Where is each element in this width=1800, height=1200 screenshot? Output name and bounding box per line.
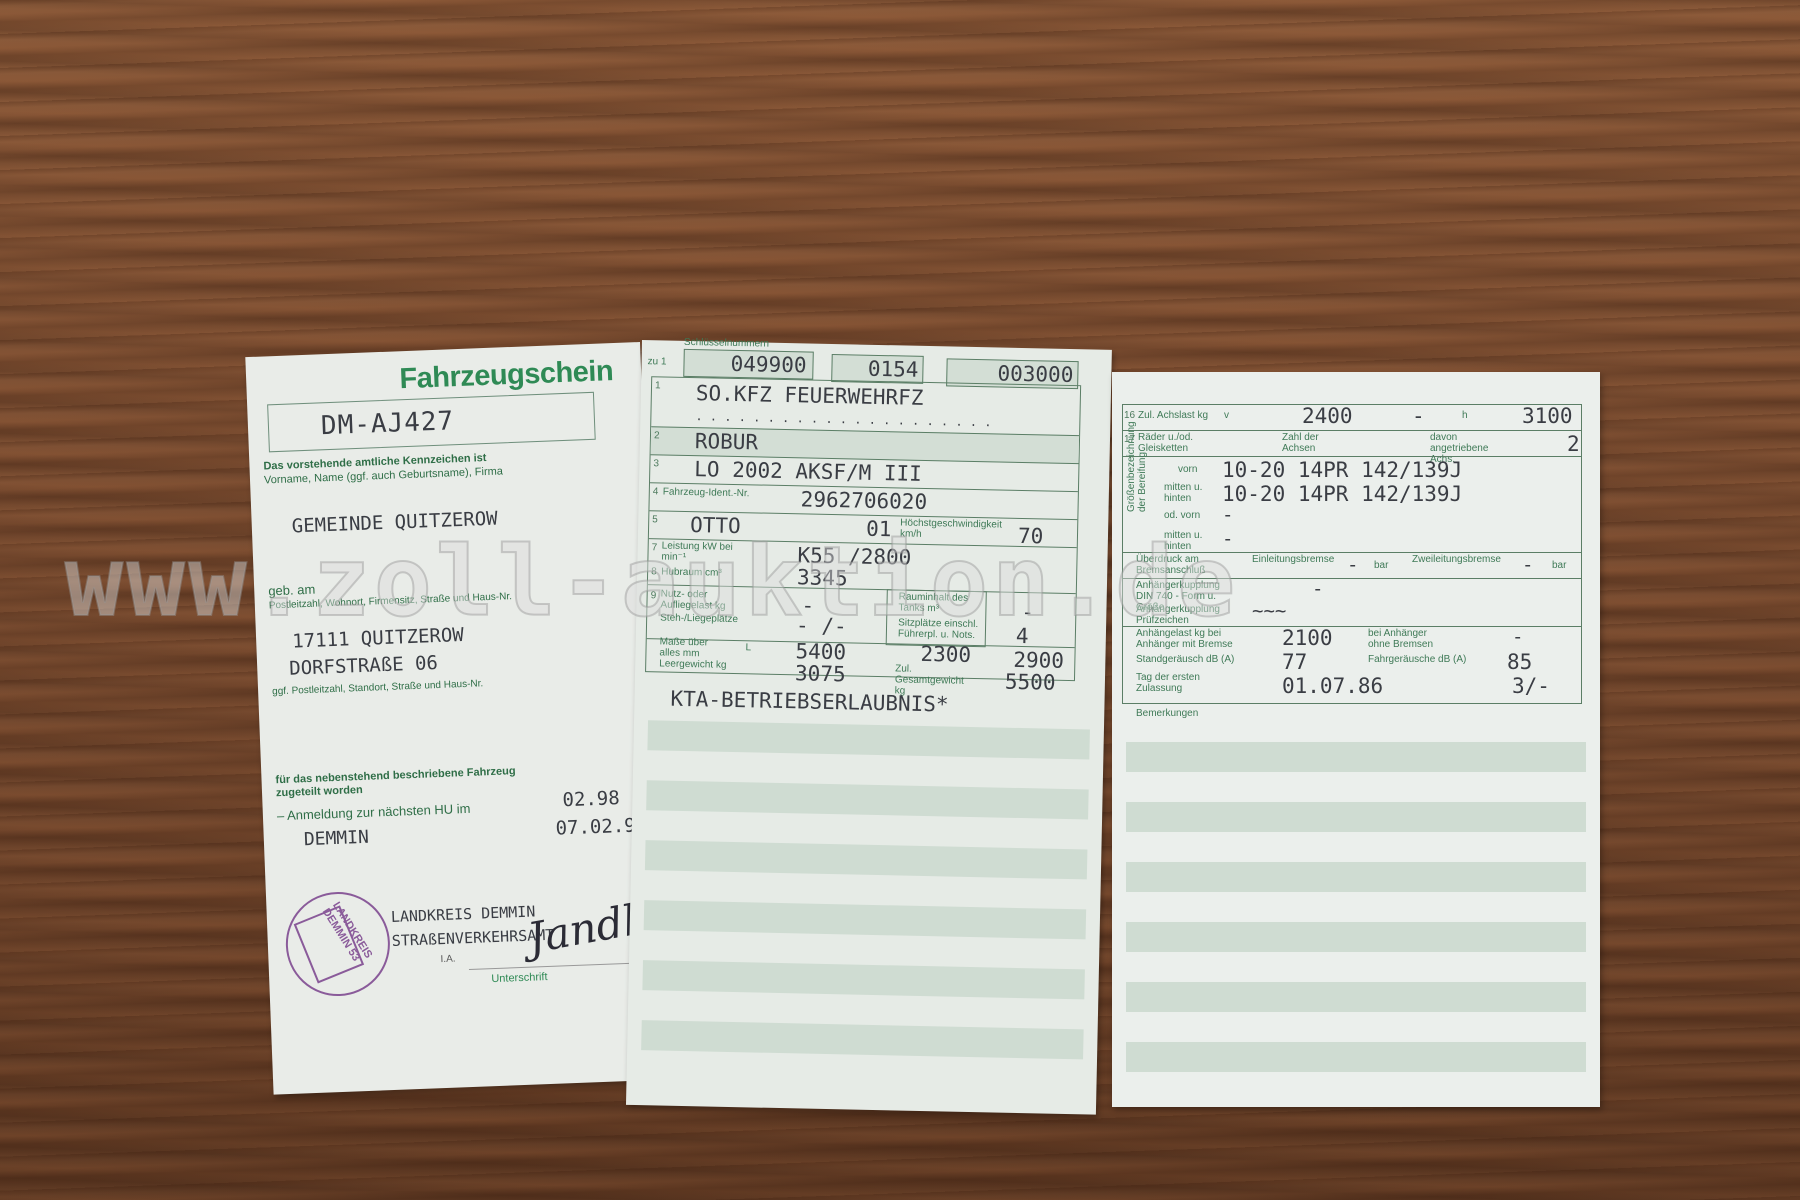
first-registration-date: 01.07.86 [1282,674,1383,698]
label-seats: Sitzplätze einschl. Führerpl. u. Nots. [898,617,982,641]
label-vin: Fahrzeug-Ident.-Nr. [663,486,750,499]
trailer-load-unbraked: - [1512,626,1523,648]
row-number: 8 [651,566,657,577]
signature-line [469,962,649,970]
label-birthdate: geb. am [268,582,316,599]
coupling-mark: ~~~ [1252,600,1286,622]
driven-axles: 2 [1567,432,1580,456]
label-single-line-brake: Einleitungsbremse [1252,554,1312,565]
axle-load-front: 2400 [1302,404,1353,428]
label-front: v [1224,410,1229,421]
standing-noise: 77 [1282,650,1307,674]
official-stamp-icon: LANDKREIS DEMMIN 53 [284,890,392,998]
remarks-text: KTA-BETRIEBSERLAUBNIS* [670,687,949,717]
fuel-type: OTTO [690,513,741,538]
document-title: Fahrzeugschein [399,355,614,396]
label-wheels: Räder u./od. Gleisketten [1138,432,1218,454]
row-number: 5 [652,514,658,525]
label-axle-load: Zul. Achslast kg [1138,410,1208,421]
label-bar-1: bar [1374,560,1388,571]
key-number-1-box: 049900 [683,349,814,380]
tires-front: 10-20 14PR 142/139J [1222,458,1462,482]
axle-load-mid: - [1412,404,1425,428]
single-line-brake: - [1347,554,1358,576]
label-displacement: Hubraum cm³ [661,566,722,578]
label-coupling-mark: Anhängerkupplung Prüfzeichen [1136,604,1236,626]
label-tires-alt-rear: mitten u. hinten [1164,530,1214,552]
label-standing-noise: Standgeräusch dB (A) [1136,654,1234,665]
label-standing-places: Steh-/Liegeplätze [660,612,738,625]
max-speed: 70 [1018,524,1044,549]
label-trailer-braked: Anhängelast kg bei Anhänger mit Bremse [1136,628,1241,650]
label-assigned: für das nebenstehend beschriebene Fahrze… [275,764,556,801]
license-plate: DM-AJ427 [320,406,454,441]
vehicle-data-page-right: 16 Zul. Achslast kg v 2400 - h 3100 17 R… [1112,372,1600,1107]
dual-line-brake: - [1522,554,1533,576]
cover-page: Fahrzeugschein DM-AJ427 Das vorstehende … [245,342,668,1095]
owner-name: GEMEINDE QUITZEROW [291,508,498,538]
label-max-speed: Höchstgeschwindigkeit km/h [900,517,980,541]
seats: 4 [1016,624,1029,648]
tires-alt-rear: - [1222,528,1233,550]
address-line-1: 17111 QUITZEROW [292,624,464,653]
label-payload: Nutz- oder Aufliegelast kg [660,588,750,612]
label-empty-weight: Leergewicht kg [659,658,726,670]
label-next-inspection: – Anmeldung zur nächsten HU im [277,801,471,823]
signature: Jandl [524,895,640,963]
label-trailer-unbraked: bei Anhänger ohne Bremsen [1368,628,1448,650]
fuel-code: 01 [866,517,892,542]
label-tires-rear: mitten u. hinten [1164,482,1214,504]
label-location: ggf. Postleitzahl, Standort, Straße und … [272,678,483,697]
vehicle-model: LO 2002 AKSF/M III [694,457,922,486]
row-number: 9 [651,590,657,601]
label-axle-count: Zahl der Achsen [1282,432,1352,454]
empty-weight: 3075 [795,661,846,686]
first-registration-extra: 3/- [1512,674,1550,698]
authority-line-1: LANDKREIS DEMMIN [391,902,536,926]
axle-load-rear: 3100 [1522,404,1573,428]
address-line-2: DORFSTRAßE 06 [289,652,438,680]
row-number: 1 [655,380,661,391]
vehicle-type: SO.KFZ FEUERWEHRFZ [696,381,924,410]
next-inspection-date: 02.98 [562,787,620,811]
tank-volume: - [1021,600,1034,624]
label-bar-2: bar [1552,560,1566,571]
label-power: Leistung kW bei min⁻¹ [661,540,751,564]
label-dimensions: Maße über alles mm [659,636,729,659]
standing-places: - /- [796,613,847,638]
trailer-load-braked: 2100 [1282,626,1333,650]
key-number-1: 049900 [730,352,806,378]
label-first-registration: Tag der ersten Zulassung [1136,672,1226,694]
ia-label: I.A. [440,954,455,966]
label-tires-alt-front: od. vorn [1164,510,1200,521]
issuing-city: DEMMIN [303,827,369,850]
gross-weight: 5500 [1005,670,1056,695]
tires-alt-front: - [1222,504,1233,526]
coupling: - [1312,578,1323,600]
label-signature: Unterschrift [491,971,548,985]
label-tank: Rauminhalt des Tanks m³ [898,591,978,615]
label-dual-line-brake: Zweileitungsbremse [1412,554,1472,565]
row-number: 3 [653,458,659,469]
vehicle-make: ROBUR [695,429,759,454]
label-length: L [745,642,751,653]
vehicle-data-page-left: Schlüsselnummern zu 1 049900 0154 003000… [626,340,1112,1115]
vehicle-vin: 2962706020 [800,487,927,514]
license-plate-box: DM-AJ427 [267,392,596,453]
row-number: 2 [654,430,660,441]
label-brake-pressure: Überdruck am Bremsanschluß [1136,554,1216,576]
label-rear: h [1462,410,1468,421]
label-zu1: zu 1 [647,356,666,367]
label-driving-noise: Fahrgeräusche dB (A) [1368,654,1466,665]
driving-noise: 85 [1507,650,1532,674]
label-tire-size-group: Größenbezeichnung der Bereifung [1126,412,1148,512]
tires-rear: 10-20 14PR 142/139J [1222,482,1462,506]
row-number: 7 [652,542,658,553]
label-remarks: Bemerkungen [1136,708,1198,719]
row-number: 4 [653,486,659,497]
label-key-numbers: Schlüsselnummern [684,337,769,350]
label-tires-front: vorn [1178,464,1197,475]
key-number-2: 0154 [868,357,919,382]
